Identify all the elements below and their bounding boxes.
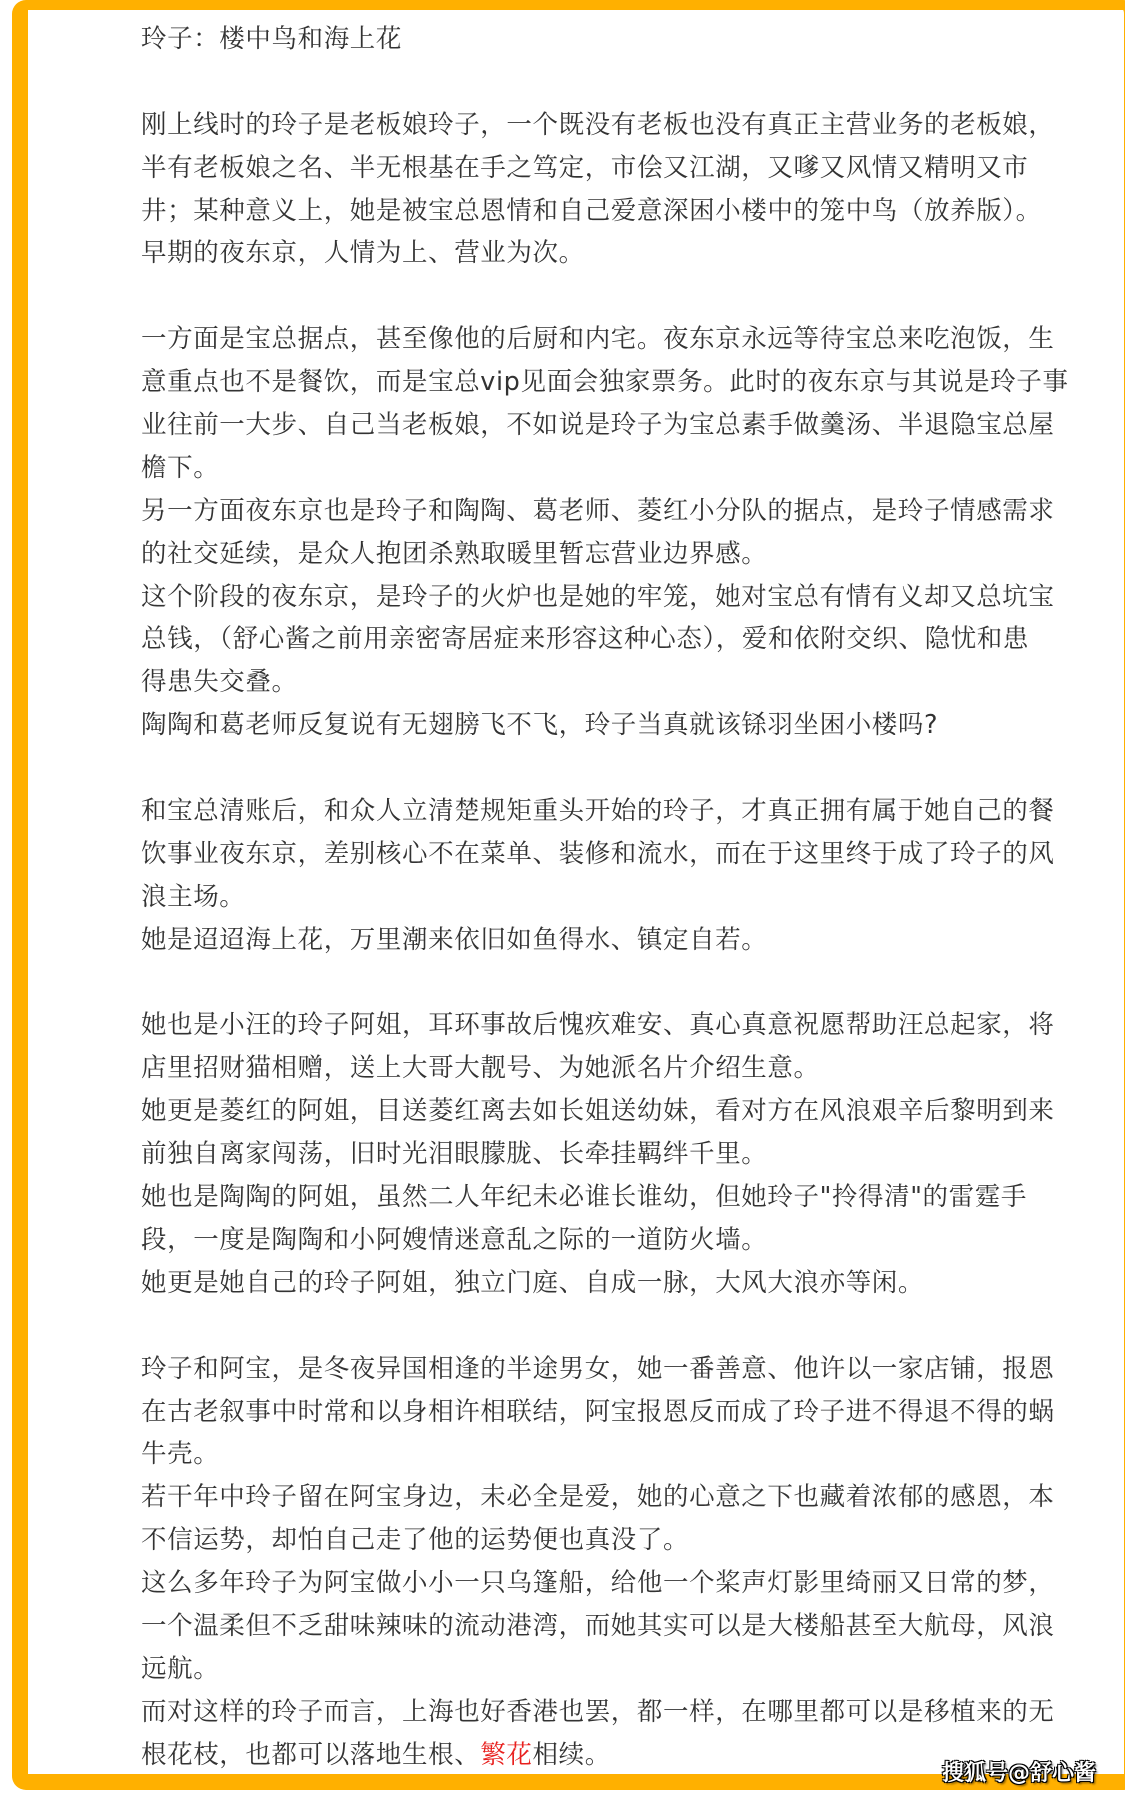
text-line: 她更是她自己的玲子阿姐，独立门庭、自成一脉，大风大浪亦等闲。 [141, 1262, 1111, 1305]
blank-line [141, 747, 1111, 790]
text-line: 半有老板娘之名、半无根基在手之笃定，市侩又江湖，又嗲又风情又精明又市 [141, 147, 1111, 190]
article-body: 玲子：楼中鸟和海上花 刚上线时的玲子是老板娘玲子，一个既没有老板也没有真正主营业… [141, 18, 1111, 1777]
text-line: 在古老叙事中时常和以身相许相联结，阿宝报恩反而成了玲子进不得退不得的蜗 [141, 1391, 1111, 1434]
text-line: 得患失交叠。 [141, 661, 1111, 704]
text-line: 井；某种意义上，她是被宝总恩情和自己爱意深困小楼中的笼中鸟（放养版）。 [141, 190, 1111, 233]
blank-line [141, 1305, 1111, 1348]
text-line: 一方面是宝总据点，甚至像他的后厨和内宅。夜东京永远等待宝总来吃泡饭，生 [141, 318, 1111, 361]
text-line: 店里招财猫相赠，送上大哥大靓号、为她派名片介绍生意。 [141, 1047, 1111, 1090]
text-line: 远航。 [141, 1648, 1111, 1691]
text-line: 前独自离家闯荡，旧时光泪眼朦胧、长牵挂羁绊千里。 [141, 1133, 1111, 1176]
text-line: 浪主场。 [141, 876, 1111, 919]
text-line: 饮事业夜东京，差别核心不在菜单、装修和流水，而在于这里终于成了玲子的风 [141, 833, 1111, 876]
paragraph-after-settlement: 和宝总清账后，和众人立清楚规矩重头开始的玲子，才真正拥有属于她自己的餐 饮事业夜… [141, 790, 1111, 962]
paragraph-lingzi-and-abao: 玲子和阿宝，是冬夜异国相逢的半途男女，她一番善意、他许以一家店铺，报恩 在古老叙… [141, 1348, 1111, 1777]
text-line: 早期的夜东京，人情为上、营业为次。 [141, 232, 1111, 275]
text-line: 她也是小汪的玲子阿姐，耳环事故后愧疚难安、真心真意祝愿帮助汪总起家，将 [141, 1004, 1111, 1047]
text-line: 她是迢迢海上花，万里潮来依旧如鱼得水、镇定自若。 [141, 919, 1111, 962]
text-line: 段，一度是陶陶和小阿嫂情迷意乱之际的一道防火墙。 [141, 1219, 1111, 1262]
text-line: 她更是菱红的阿姐，目送菱红离去如长姐送幼妹，看对方在风浪艰辛后黎明到来 [141, 1090, 1111, 1133]
text-line: 牛壳。 [141, 1433, 1111, 1476]
text-line: 刚上线时的玲子是老板娘玲子，一个既没有老板也没有真正主营业务的老板娘， [141, 104, 1111, 147]
paragraph-ajie: 她也是小汪的玲子阿姐，耳环事故后愧疚难安、真心真意祝愿帮助汪总起家，将 店里招财… [141, 1004, 1111, 1304]
text-line: 一个温柔但不乏甜味辣味的流动港湾，而她其实可以是大楼船甚至大航母，风浪 [141, 1605, 1111, 1648]
paragraph-early-yedongjing: 一方面是宝总据点，甚至像他的后厨和内宅。夜东京永远等待宝总来吃泡饭，生 意重点也… [141, 318, 1111, 747]
paragraph-intro: 刚上线时的玲子是老板娘玲子，一个既没有老板也没有真正主营业务的老板娘， 半有老板… [141, 104, 1111, 276]
blank-line [141, 275, 1111, 318]
text-line: 总钱，（舒心酱之前用亲密寄居症来形容这种心态），爱和依附交织、隐忧和患 [141, 618, 1111, 661]
text-line: 这么多年玲子为阿宝做小小一只乌篷船，给他一个桨声灯影里绮丽又日常的梦， [141, 1562, 1111, 1605]
blank-line [141, 962, 1111, 1005]
text-line: 的社交延续，是众人抱团杀熟取暖里暂忘营业边界感。 [141, 533, 1111, 576]
text-line: 不信运势，却怕自己走了他的运势便也真没了。 [141, 1519, 1111, 1562]
text-line: 檐下。 [141, 447, 1111, 490]
text-line: 另一方面夜东京也是玲子和陶陶、葛老师、菱红小分队的据点，是玲子情感需求 [141, 490, 1111, 533]
text-line: 和宝总清账后，和众人立清楚规矩重头开始的玲子，才真正拥有属于她自己的餐 [141, 790, 1111, 833]
text-line: 而对这样的玲子而言，上海也好香港也罢，都一样，在哪里都可以是移植来的无 [141, 1691, 1111, 1734]
final-line-after: 相续。 [533, 1740, 611, 1770]
sohu-watermark: 搜狐号@舒心酱 [942, 1756, 1096, 1787]
final-line-before: 根花枝，也都可以落地生根、 [141, 1740, 480, 1770]
text-line: 她也是陶陶的阿姐，虽然二人年纪未必谁长谁幼，但她玲子"拎得清"的雷霆手 [141, 1176, 1111, 1219]
text-line: 若干年中玲子留在阿宝身边，未必全是爱，她的心意之下也藏着浓郁的感恩，本 [141, 1476, 1111, 1519]
text-line: 玲子和阿宝，是冬夜异国相逢的半途男女，她一番善意、他许以一家店铺，报恩 [141, 1348, 1111, 1391]
text-line: 业往前一大步、自己当老板娘，不如说是玲子为宝总素手做羹汤、半退隐宝总屋 [141, 404, 1111, 447]
text-line: 这个阶段的夜东京，是玲子的火炉也是她的牢笼，她对宝总有情有义却又总坑宝 [141, 576, 1111, 619]
highlighted-keyword: 繁花 [480, 1740, 532, 1770]
article-title: 玲子：楼中鸟和海上花 [141, 18, 1111, 61]
text-line: 陶陶和葛老师反复说有无翅膀飞不飞，玲子当真就该铩羽坐困小楼吗? [141, 704, 1111, 747]
text-line: 意重点也不是餐饮，而是宝总vip见面会独家票务。此时的夜东京与其说是玲子事 [141, 361, 1111, 404]
blank-line [141, 61, 1111, 104]
